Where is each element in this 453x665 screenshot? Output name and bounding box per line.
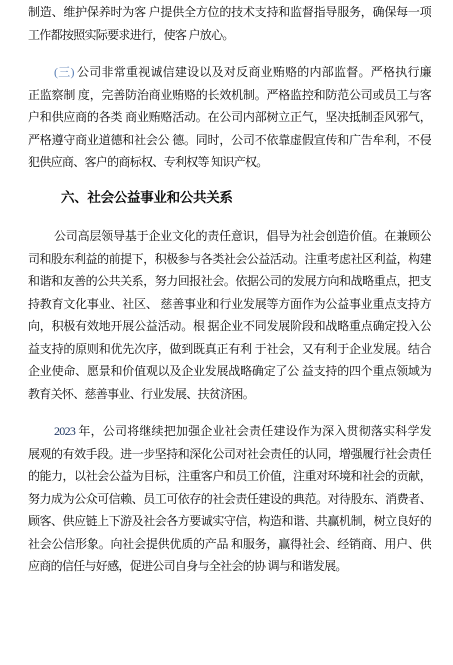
text-line: 顾客、供应链上下游及社会各方要诚实守信，构造和谐、共赢机制，树立良好的 xyxy=(28,510,431,533)
paragraph-public-welfare: 公司高层领导基于企业文化的责任意识，倡导为社会创造价值。在兼顾公 司和股东利益的… xyxy=(28,225,431,405)
text-line: 展观的有效手段。进一步坚持和深化公司对社会责任的认同，增强履行社会责任 xyxy=(28,443,431,466)
text-line: 犯供应商、客户的商标权、专利权等 知识产权。 xyxy=(28,151,431,174)
text-line: 和谐和友善的公共关系，努力回报社会。依据公司的发展方向和战略重点，把支 xyxy=(28,270,431,293)
paragraph-2023-plan: 2023 年，公司将继续把加强企业社会责任建设作为深入贯彻落实科学发 展观的有效… xyxy=(28,420,431,578)
text-line: 教育关怀、慈善事业、行业发展、扶贫济困。 xyxy=(28,383,431,406)
text-line: 的能力，以社会公益为目标，注重客户和员工价值，注重对环境和社会的贡献， xyxy=(28,465,431,488)
text-line: 应商的信任与好感，促进公司自身与全社会的协 调与和谐发展。 xyxy=(28,555,431,578)
text-line: 工作都按照实际要求进行，使客 户放心。 xyxy=(28,24,431,47)
text-line: 严格遵守商业道德和社会公 德。同时，公司不依靠虚假宣传和广告牟利，不侵 xyxy=(28,129,431,152)
section-heading: 六、社会公益事业和公共关系 xyxy=(28,187,431,210)
year-number: 2023 xyxy=(54,424,75,438)
text-line: 司和股东利益的前提下，积极参与各类社会公益活动。注重考虑社区利益，构建 xyxy=(28,248,431,271)
text-line: 社会公信形象。向社会提供优质的产品 和服务，赢得社会、经销商、用户、供 xyxy=(28,533,431,556)
text-line: 正监察制 度，完善防治商业贿赂的长效机制。严格监控和防范公司或员工与客 xyxy=(28,84,431,107)
paragraph-service-support: 制造、维护保养时为客 户提供全方位的技术支持和监督指导服务，确保每一项 工作都按… xyxy=(28,1,431,46)
document-page: 制造、维护保养时为客 户提供全方位的技术支持和监督指导服务，确保每一项 工作都按… xyxy=(0,0,453,665)
paragraph-anti-bribery: (三) 公司非常重视诚信建设以及对反商业贿赂的内部监督。严格执行廉 正监察制 度… xyxy=(28,61,431,174)
text-line: 向，积极有效地开展公益活动。根 据企业不同发展阶段和战略重点确定投入公 xyxy=(28,315,431,338)
text-line: 户和供应商的各类 商业贿赂活动。在公司内部树立正气，坚决抵制歪风邪气， xyxy=(28,106,431,129)
text-line: 公司高层领导基于企业文化的责任意识，倡导为社会创造价值。在兼顾公 xyxy=(28,225,431,248)
text-line: 2023 年，公司将继续把加强企业社会责任建设作为深入贯彻落实科学发 xyxy=(28,420,431,443)
text-span: 公司非常重视诚信建设以及对反商业贿赂的内部监督。严格执行廉 xyxy=(74,65,431,79)
text-span: 年，公司将继续把加强企业社会责任建设作为深入贯彻落实科学发 xyxy=(75,424,431,438)
list-item-marker: (三) xyxy=(54,65,74,79)
text-line: 持教育文化事业、社区、 慈善事业和行业发展等方面作为公益事业重点支持方 xyxy=(28,293,431,316)
text-line: (三) 公司非常重视诚信建设以及对反商业贿赂的内部监督。严格执行廉 xyxy=(28,61,431,84)
text-line: 制造、维护保养时为客 户提供全方位的技术支持和监督指导服务，确保每一项 xyxy=(28,1,431,24)
text-line: 益支持的原则和优先次序，做到既真正有利 于社会，又有利于企业发展。结合 xyxy=(28,338,431,361)
text-line: 企业使命、愿景和价值观以及企业发展战略确定了公 益支持的四个重点领域为 xyxy=(28,360,431,383)
text-line: 努力成为公众可信赖、员工可依存的社会责任建设的典范。对待股东、消费者、 xyxy=(28,488,431,511)
